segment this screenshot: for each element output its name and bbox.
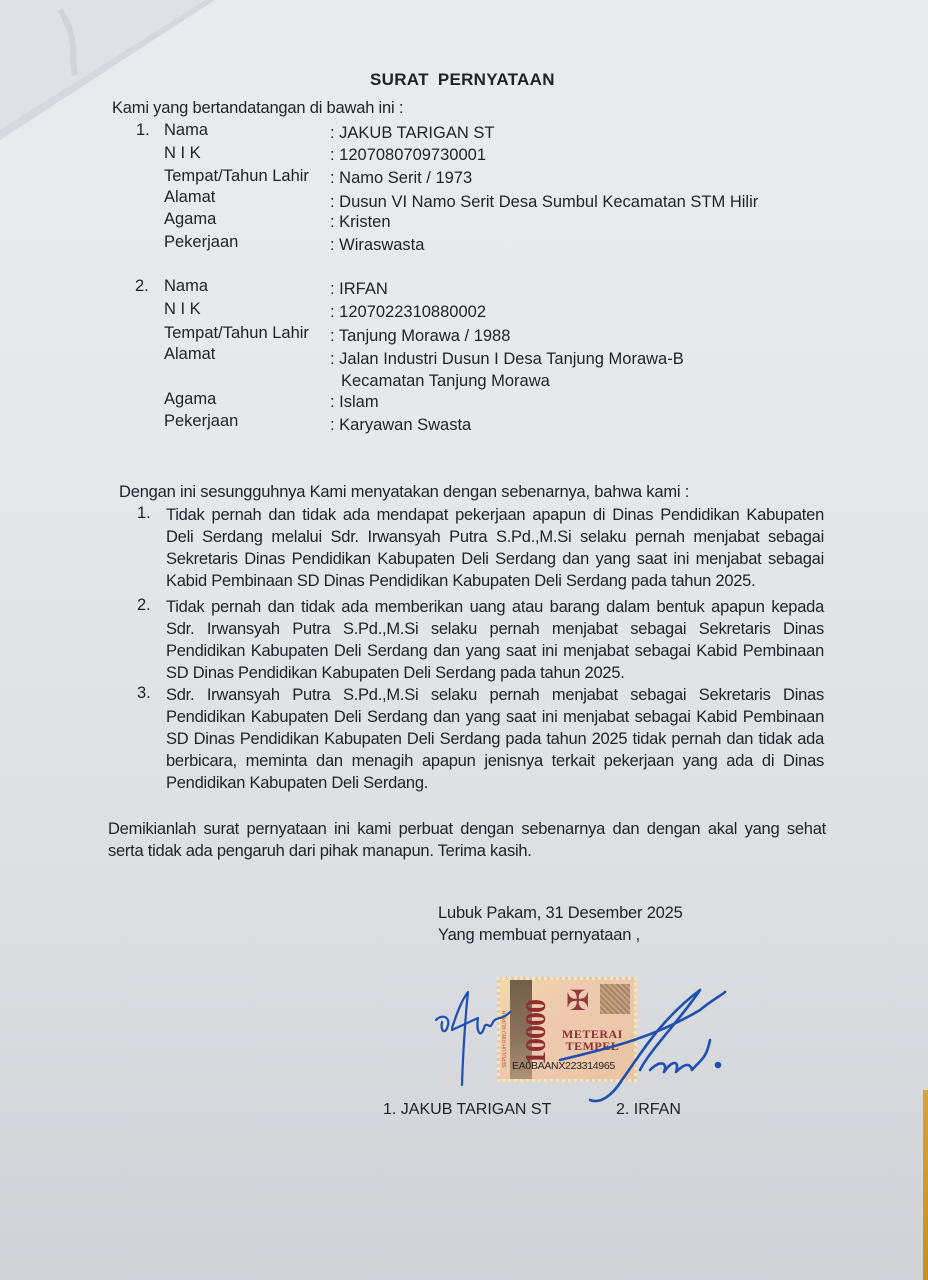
person-number: 1. <box>136 121 150 140</box>
field-value: : Karyawan Swasta <box>330 416 471 435</box>
field-label: N I K <box>164 144 201 163</box>
intro-text: Kami yang bertandatangan di bawah ini : <box>112 99 403 118</box>
field-label: Agama <box>164 390 216 409</box>
garuda-emblem-icon: ✠ <box>566 984 589 1017</box>
field-value: : Jalan Industri Dusun I Desa Tanjung Mo… <box>330 350 684 369</box>
place-date: Lubuk Pakam, 31 Desember 2025 <box>438 904 683 923</box>
field-label: Alamat <box>164 345 215 364</box>
field-label: N I K <box>164 300 201 319</box>
field-value: : 1207022310880002 <box>330 303 486 322</box>
field-label: Agama <box>164 210 216 229</box>
stamp-label: METERAI TEMPEL <box>562 1028 623 1052</box>
statement-number: 2. <box>137 596 151 615</box>
field-value: : IRFAN <box>330 280 388 299</box>
statement-number: 3. <box>137 684 151 703</box>
signer-caption: Yang membuat pernyataan , <box>438 926 640 945</box>
document-title: SURAT PERNYATAAN <box>370 70 555 90</box>
stamp-label-line2: TEMPEL <box>562 1040 623 1052</box>
field-label: Pekerjaan <box>164 412 238 431</box>
field-label: Tempat/Tahun Lahir <box>164 167 309 186</box>
statement-intro: Dengan ini sesungguhnya Kami menyatakan … <box>119 483 689 502</box>
field-label: Tempat/Tahun Lahir <box>164 324 309 343</box>
statement-item: Tidak pernah dan tidak ada memberikan ua… <box>166 596 824 684</box>
field-value: : Dusun VI Namo Serit Desa Sumbul Kecama… <box>330 193 758 212</box>
field-value: : Namo Serit / 1973 <box>330 169 472 188</box>
stamp-vertical-text: SEPULUH RIBU RUPIAH <box>502 988 508 1068</box>
signatory-2-name: 2. IRFAN <box>616 1101 681 1119</box>
field-value: : Wiraswasta <box>330 236 424 255</box>
revenue-stamp: SEPULUH RIBU RUPIAH 10000 ✠ METERAI TEMP… <box>497 977 637 1082</box>
stamp-pattern <box>600 984 630 1014</box>
statement-number: 1. <box>137 504 151 523</box>
field-label: Pekerjaan <box>164 233 238 252</box>
signatory-1-name: 1. JAKUB TARIGAN ST <box>383 1101 551 1119</box>
statement-item: Sdr. Irwansyah Putra S.Pd.,M.Si selaku p… <box>166 684 824 794</box>
field-value: : JAKUB TARIGAN ST <box>330 124 494 143</box>
field-label: Alamat <box>164 188 215 207</box>
statement-item: Tidak pernah dan tidak ada mendapat peke… <box>166 504 824 592</box>
field-label: Nama <box>164 121 208 140</box>
field-value-continued: Kecamatan Tanjung Morawa <box>341 372 550 391</box>
field-value: : Tanjung Morawa / 1988 <box>330 327 510 346</box>
field-label: Nama <box>164 277 208 296</box>
field-value: : Kristen <box>330 213 391 232</box>
field-value: : 1207080709730001 <box>330 146 486 165</box>
field-value: : Islam <box>330 393 379 412</box>
statement-document: SURAT PERNYATAAN Kami yang bertandatanga… <box>0 0 928 1280</box>
stamp-serial: EA0BAANX223314965 <box>512 1060 615 1072</box>
person-number: 2. <box>135 277 149 296</box>
closing-paragraph: Demikianlah surat pernyataan ini kami pe… <box>108 818 826 862</box>
